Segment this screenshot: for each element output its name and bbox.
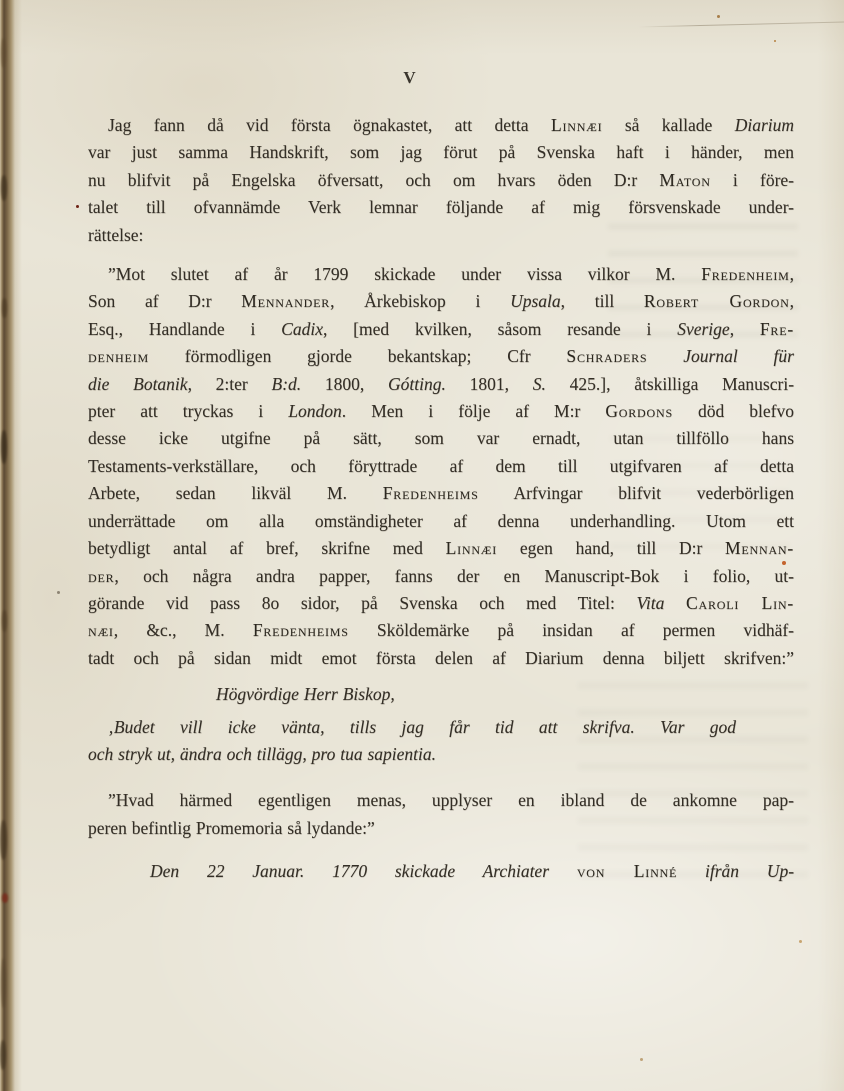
text-segment: von Linné bbox=[577, 861, 677, 881]
binding-stain bbox=[1, 38, 6, 68]
text-segment: die Botanik bbox=[88, 374, 188, 394]
text-segment: 425.], åtskilliga Manuscri- bbox=[546, 374, 794, 394]
text-segment: der bbox=[88, 566, 114, 586]
text-segment: Fredenheims bbox=[253, 620, 349, 640]
text-line: Högvördige Herr Biskop, bbox=[88, 681, 794, 708]
text-segment: egen hand, till D:r bbox=[497, 538, 725, 558]
text-segment: i före- bbox=[711, 170, 794, 190]
text-line: rättelse: bbox=[88, 222, 794, 249]
binding-stain bbox=[1, 430, 7, 464]
text-segment: Caroli Lin- bbox=[686, 593, 794, 613]
text-line: denheim förmodligen gjorde bekantskap; C… bbox=[88, 343, 794, 370]
book-binding-edge bbox=[0, 0, 22, 1091]
text-segment: , &c., M. bbox=[114, 620, 253, 640]
text-segment: Fredenheims bbox=[383, 483, 479, 503]
text-line: ‚Budet vill icke vänta, tills jag får ti… bbox=[88, 714, 736, 741]
text-segment: , och några andra papper, fanns der en M… bbox=[114, 566, 794, 586]
text-segment: Högvördige Herr Biskop, bbox=[216, 684, 395, 704]
text-line: Esq., Handlande i Cadix, [med kvilken, s… bbox=[88, 316, 794, 343]
text-segment: Vita bbox=[637, 593, 665, 613]
paragraph-promemoria: ”Hvad härmed egentligen menas, upplyser … bbox=[88, 787, 794, 842]
text-segment: , 2:ter bbox=[188, 374, 272, 394]
text-segment: tadt och på sidan midt emot första delen… bbox=[88, 648, 794, 668]
binding-stain bbox=[0, 1040, 6, 1070]
text-segment: Jag fann då vid första ögnakastet, att d… bbox=[108, 115, 551, 135]
text-segment: Sverige bbox=[677, 319, 729, 339]
text-line: Arbete, sedan likväl M. Fredenheims Arfv… bbox=[88, 480, 794, 507]
binding-stain bbox=[0, 820, 7, 860]
text-line: nu blifvit på Engelska öfversatt, och om… bbox=[88, 167, 794, 194]
foxing-spot bbox=[640, 1058, 643, 1061]
text-line: Son af D:r Mennander, Årkebiskop i Upsal… bbox=[88, 288, 794, 315]
text-segment: Cadix bbox=[281, 319, 323, 339]
paper-crease bbox=[638, 21, 844, 27]
stray-mark bbox=[57, 591, 60, 594]
text-segment: Gordons bbox=[605, 401, 673, 421]
text-segment: , bbox=[790, 291, 794, 311]
text-segment: nu blifvit på Engelska öfversatt, och om… bbox=[88, 170, 659, 190]
text-segment: denheim bbox=[88, 346, 149, 366]
text-line: ”Hvad härmed egentligen menas, upplyser … bbox=[88, 787, 794, 814]
text-segment: , bbox=[790, 264, 794, 284]
text-segment: Fre- bbox=[760, 319, 794, 339]
text-line: görande vid pass 8o sidor, på Svenska oc… bbox=[88, 590, 794, 617]
foxing-spot bbox=[799, 940, 802, 943]
text-segment: pter att tryckas i bbox=[88, 401, 288, 421]
text-segment: ‚Budet vill icke vänta, tills jag får ti… bbox=[108, 717, 736, 737]
text-segment: 1801, bbox=[446, 374, 533, 394]
text-segment: Diarium bbox=[735, 115, 794, 135]
text-line: ”Mot slutet af år 1799 skickade under vi… bbox=[88, 261, 794, 288]
text-line: Testaments-verkställare, och föryttrade … bbox=[88, 453, 794, 480]
text-segment: förmodligen gjorde bekantskap; Cfr bbox=[149, 346, 566, 366]
text-segment: London bbox=[288, 401, 341, 421]
paragraph-history: ”Mot slutet af år 1799 skickade under vi… bbox=[88, 261, 794, 672]
text-line: underrättade om alla omständigheter af d… bbox=[88, 508, 794, 535]
text-segment: Fredenheim bbox=[701, 264, 789, 284]
text-segment: . Men i följe af M:r bbox=[342, 401, 606, 421]
text-segment: Schraders bbox=[566, 346, 647, 366]
binding-stain bbox=[2, 298, 7, 318]
text-line: talet till ofvannämde Verk lemnar följan… bbox=[88, 194, 794, 221]
text-line: desse icke utgifne på sätt, som var erna… bbox=[88, 425, 794, 452]
text-segment: Esq., Handlande i bbox=[88, 319, 281, 339]
text-line: och stryk ut, ändra och tillägg, pro tua… bbox=[88, 741, 736, 768]
binding-stain bbox=[1, 958, 6, 1008]
text-segment bbox=[647, 346, 683, 366]
text-segment: næi bbox=[88, 620, 114, 640]
foxing-spot bbox=[717, 15, 720, 18]
text-segment: Mennan- bbox=[725, 538, 794, 558]
text-segment: Sköldemärke på insidan af permen vidhäf- bbox=[349, 620, 794, 640]
text-line: Jag fann då vid första ögnakastet, att d… bbox=[88, 112, 794, 139]
text-line: næi, &c., M. Fredenheims Sköldemärke på … bbox=[88, 617, 794, 644]
text-segment: , Årkebiskop i bbox=[330, 291, 510, 311]
text-segment: peren befintlig Promemoria så lydande:” bbox=[88, 818, 375, 838]
text-line: peren befintlig Promemoria så lydande:” bbox=[88, 815, 794, 842]
text-line: tadt och på sidan midt emot första delen… bbox=[88, 645, 794, 672]
text-segment: desse icke utgifne på sätt, som var erna… bbox=[88, 428, 794, 448]
scanned-book-page: V Jag fann då vid första ögnakastet, att… bbox=[0, 0, 844, 1091]
text-segment: görande vid pass 8o sidor, på Svenska oc… bbox=[88, 593, 637, 613]
page-text: Jag fann då vid första ögnakastet, att d… bbox=[88, 112, 794, 886]
text-segment: ”Mot slutet af år 1799 skickade under vi… bbox=[108, 264, 701, 284]
text-segment: , bbox=[730, 319, 760, 339]
ink-dot bbox=[76, 205, 79, 208]
text-segment: , [med kvilken, såsom resande i bbox=[323, 319, 677, 339]
text-segment: Gótting. bbox=[388, 374, 446, 394]
text-line: var just samma Handskrift, som jag förut… bbox=[88, 139, 794, 166]
text-segment: död blefvo bbox=[673, 401, 794, 421]
text-segment: betydligt antal af bref, skrifne med bbox=[88, 538, 446, 558]
paragraph-intro: Jag fann då vid första ögnakastet, att d… bbox=[88, 112, 794, 249]
text-segment: 1800, bbox=[301, 374, 388, 394]
text-segment: var just samma Handskrift, som jag förut… bbox=[88, 142, 794, 162]
text-segment: , till bbox=[561, 291, 644, 311]
foxing-spot bbox=[774, 40, 776, 42]
page-number: V bbox=[0, 68, 820, 88]
text-segment: ”Hvad härmed egentligen menas, upplyser … bbox=[108, 790, 794, 810]
text-line: Den 22 Januar. 1770 skickade Archiater v… bbox=[88, 858, 794, 885]
text-segment: och stryk ut, ändra och tillägg, pro tua… bbox=[88, 744, 436, 764]
text-segment: Mennander bbox=[241, 291, 330, 311]
text-segment: underrättade om alla omständigheter af d… bbox=[88, 511, 794, 531]
text-line: der, och några andra papper, fanns der e… bbox=[88, 563, 794, 590]
text-segment: S. bbox=[533, 374, 546, 394]
text-segment: talet till ofvannämde Verk lemnar följan… bbox=[88, 197, 794, 217]
text-segment: Robert Gordon bbox=[644, 291, 790, 311]
binding-stain-red bbox=[2, 893, 8, 903]
biljett-body: ‚Budet vill icke vänta, tills jag får ti… bbox=[88, 714, 794, 769]
text-segment: Linnæi bbox=[551, 115, 602, 135]
paragraph-dateline: Den 22 Januar. 1770 skickade Archiater v… bbox=[88, 858, 794, 885]
text-segment: Den 22 Januar. 1770 skickade Archiater bbox=[150, 861, 577, 881]
text-segment: Journal für bbox=[683, 346, 794, 366]
text-segment: Upsala bbox=[510, 291, 561, 311]
text-segment: Son af D:r bbox=[88, 291, 241, 311]
text-segment: så kallade bbox=[602, 115, 734, 135]
binding-stain bbox=[1, 175, 7, 201]
text-segment: ifrån Up- bbox=[677, 861, 794, 881]
text-segment bbox=[664, 593, 686, 613]
text-line: betydligt antal af bref, skrifne med Lin… bbox=[88, 535, 794, 562]
text-segment: rättelse: bbox=[88, 225, 143, 245]
biljett-heading: Högvördige Herr Biskop, bbox=[88, 681, 794, 708]
binding-stain bbox=[2, 610, 7, 632]
text-segment: B:d. bbox=[272, 374, 302, 394]
text-segment: Linnæi bbox=[446, 538, 497, 558]
text-segment: Arbete, sedan likväl M. bbox=[88, 483, 383, 503]
text-line: die Botanik, 2:ter B:d. 1800, Gótting. 1… bbox=[88, 371, 794, 398]
text-segment: Maton bbox=[659, 170, 710, 190]
text-line: pter att tryckas i London. Men i följe a… bbox=[88, 398, 794, 425]
text-segment: Testaments-verkställare, och föryttrade … bbox=[88, 456, 794, 476]
text-segment: Arfvingar blifvit vederbörligen bbox=[479, 483, 794, 503]
